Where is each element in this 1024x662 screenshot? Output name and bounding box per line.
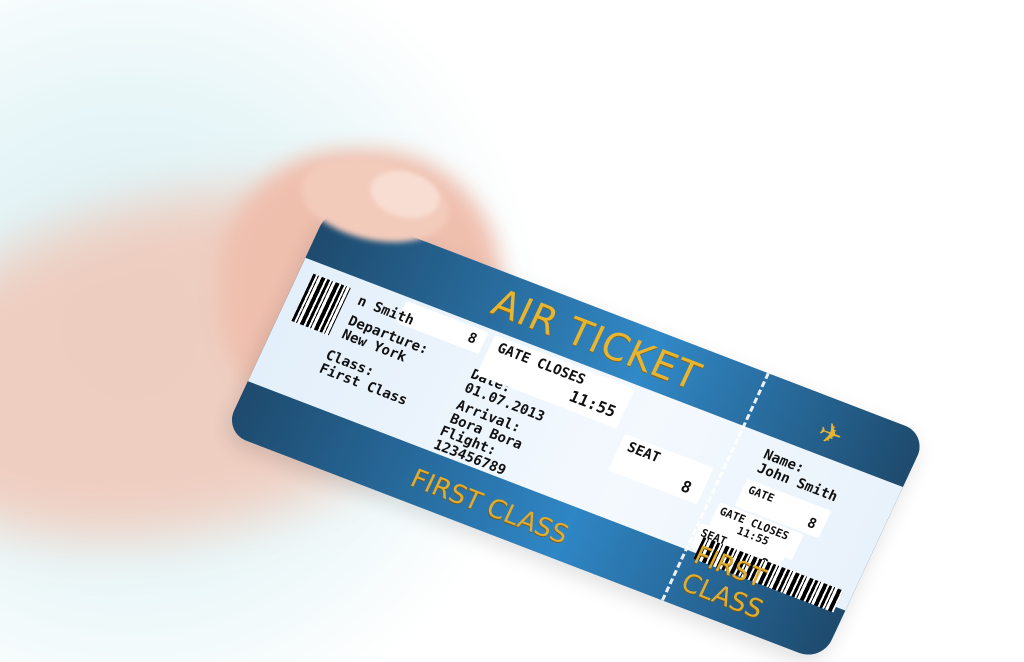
gate-value-main: 8 [465, 330, 480, 348]
stub-gate-value: 8 [804, 516, 818, 533]
seat-value-main: 8 [679, 478, 694, 495]
